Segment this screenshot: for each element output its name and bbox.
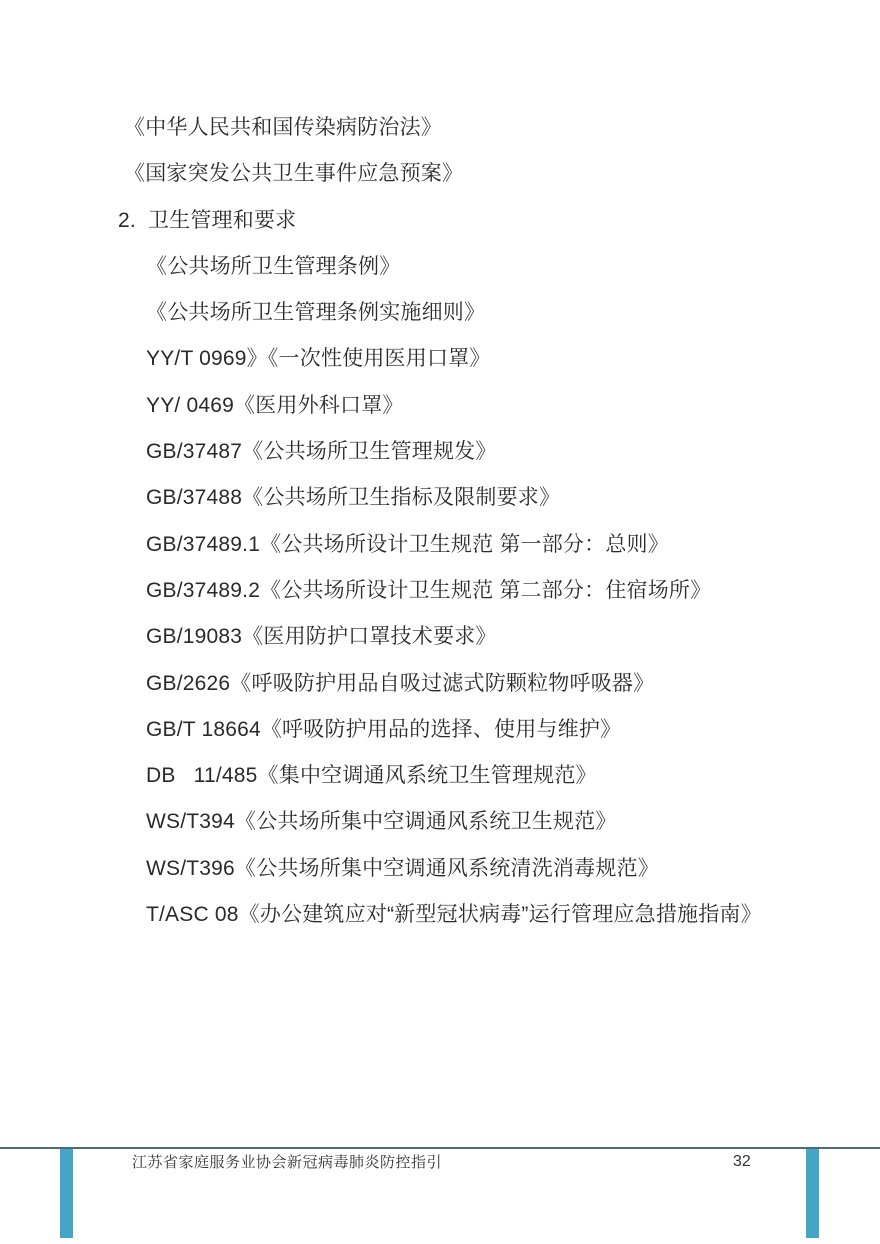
doc-line: YY/ 0469《医用外科口罩》 xyxy=(0,383,880,429)
doc-line: 《公共场所卫生管理条例实施细则》 xyxy=(0,290,880,336)
doc-line: GB/2626《呼吸防护用品自吸过滤式防颗粒物呼吸器》 xyxy=(0,661,880,707)
doc-line: DB 11/485《集中空调通风系统卫生管理规范》 xyxy=(0,753,880,799)
doc-line: WS/T394《公共场所集中空调通风系统卫生规范》 xyxy=(0,799,880,845)
doc-line: GB/37488《公共场所卫生指标及限制要求》 xyxy=(0,475,880,521)
doc-line: 《公共场所卫生管理条例》 xyxy=(0,244,880,290)
doc-line: GB/37487《公共场所卫生管理规发》 xyxy=(0,429,880,475)
section-heading: 2. 卫生管理和要求 xyxy=(0,198,880,244)
right-accent-bar xyxy=(806,1149,819,1238)
doc-line: 《国家突发公共卫生事件应急预案》 xyxy=(0,151,880,197)
document-page: 《中华人民共和国传染病防治法》 《国家突发公共卫生事件应急预案》 2. 卫生管理… xyxy=(0,0,880,1244)
doc-line: 《中华人民共和国传染病防治法》 xyxy=(0,105,880,151)
left-accent-bar xyxy=(60,1149,73,1238)
footer-divider xyxy=(0,1147,880,1149)
doc-line: GB/T 18664《呼吸防护用品的选择、使用与维护》 xyxy=(0,707,880,753)
footer-running-title: 江苏省家庭服务业协会新冠病毒肺炎防控指引 xyxy=(132,1153,442,1173)
doc-line: GB/19083《医用防护口罩技术要求》 xyxy=(0,614,880,660)
footer-page-number: 32 xyxy=(733,1152,751,1172)
doc-line: GB/37489.1《公共场所设计卫生规范 第一部分：总则》 xyxy=(0,522,880,568)
doc-line: GB/37489.2《公共场所设计卫生规范 第二部分：住宿场所》 xyxy=(0,568,880,614)
doc-line: YY/T 0969》《一次性使用医用口罩》 xyxy=(0,336,880,382)
regulation-list: 《中华人民共和国传染病防治法》 《国家突发公共卫生事件应急预案》 2. 卫生管理… xyxy=(0,105,880,938)
doc-line: T/ASC 08《办公建筑应对“新型冠状病毒”运行管理应急措施指南》 xyxy=(0,892,880,938)
doc-line: WS/T396《公共场所集中空调通风系统清洗消毒规范》 xyxy=(0,846,880,892)
